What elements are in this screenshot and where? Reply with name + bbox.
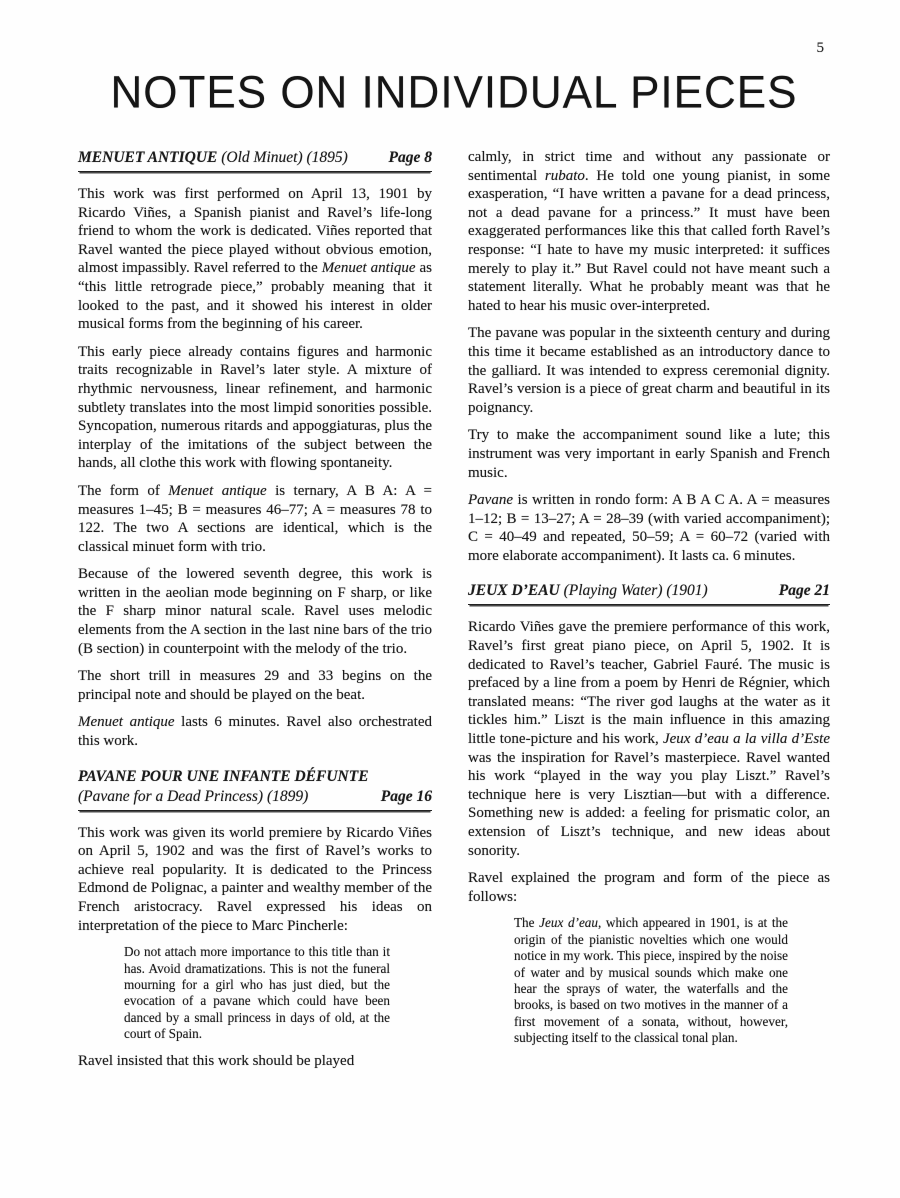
paragraph: This work was first performed on April 1… [78,185,432,334]
paragraph: Ricardo Viñes gave the premiere performa… [468,618,830,860]
heading-line: JEUX D’EAU (Playing Water) (1901) Page 2… [468,581,830,601]
block-quote: Do not attach more importance to this ti… [78,944,432,1042]
heading-text: MENUET ANTIQUE (Old Minuet) (1895) [78,148,348,168]
paragraph: Try to make the accompaniment sound like… [468,426,830,482]
paragraph: Menuet antique lasts 6 minutes. Ravel al… [78,713,432,750]
paragraph: The pavane was popular in the sixteenth … [468,324,830,417]
heading-line: MENUET ANTIQUE (Old Minuet) (1895) Page … [78,148,432,168]
paragraph: Pavane is written in rondo form: A B A C… [468,491,830,565]
paragraph: Because of the lowered seventh degree, t… [78,565,432,658]
page-number: 5 [817,40,825,57]
paragraph: Ravel insisted that this work should be … [78,1052,432,1071]
two-column-layout: MENUET ANTIQUE (Old Minuet) (1895) Page … [78,148,830,1079]
heading-page-ref: Page 21 [771,581,830,601]
paragraph: calmly, in strict time and without any p… [468,148,830,315]
paragraph: This early piece already contains figure… [78,343,432,473]
heading-text: (Pavane for a Dead Princess) (1899) [78,787,308,807]
heading-text: JEUX D’EAU (Playing Water) (1901) [468,581,708,601]
page-title: NOTES ON INDIVIDUAL PIECES [78,67,830,119]
heading-text: PAVANE POUR UNE INFANTE DÉFUNTE [78,767,369,787]
heading-line: (Pavane for a Dead Princess) (1899) Page… [78,787,432,807]
section-heading-menuet-antique: MENUET ANTIQUE (Old Minuet) (1895) Page … [78,148,432,172]
paragraph: Ravel explained the program and form of … [468,869,830,906]
scanned-book-page: 5 NOTES ON INDIVIDUAL PIECES MENUET ANTI… [0,0,900,1198]
left-column: MENUET ANTIQUE (Old Minuet) (1895) Page … [78,148,432,1079]
paragraph: The form of Menuet antique is ternary, A… [78,482,432,556]
heading-page-ref: Page 8 [381,148,432,168]
right-column: calmly, in strict time and without any p… [468,148,830,1056]
section-heading-pavane: PAVANE POUR UNE INFANTE DÉFUNTE (Pavane … [78,767,432,811]
paragraph: The short trill in measures 29 and 33 be… [78,667,432,704]
paragraph: This work was given its world premiere b… [78,824,432,936]
section-heading-jeux-deau: JEUX D’EAU (Playing Water) (1901) Page 2… [468,581,830,605]
heading-line: PAVANE POUR UNE INFANTE DÉFUNTE [78,767,432,787]
block-quote: The Jeux d’eau, which appeared in 1901, … [468,915,830,1046]
heading-page-ref: Page 16 [373,787,432,807]
